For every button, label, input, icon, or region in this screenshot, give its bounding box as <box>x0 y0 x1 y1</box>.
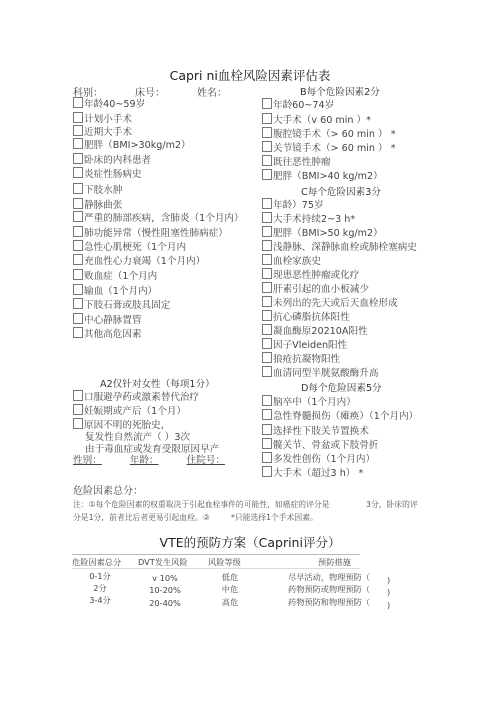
total-score-label: 危险因素总分： <box>73 482 143 497</box>
risk-item-checkbox[interactable]: 肥胖（BMI>50 kg/m2） <box>262 226 383 240</box>
checkbox-icon[interactable] <box>262 366 272 377</box>
section-c-heading: C每个危险因素3分 <box>301 184 381 198</box>
risk-item-checkbox[interactable]: 急性脊髓损伤（瘫痪）（1个月内） <box>262 409 418 423</box>
risk-item-checkbox[interactable]: 口服避孕药或激素替代治疗 <box>73 390 199 404</box>
risk-item-checkbox[interactable]: 其他高危因素 <box>73 327 142 341</box>
risk-item-checkbox[interactable]: 卧床的内科患者 <box>73 153 151 167</box>
cell-level: 中危 <box>205 584 255 595</box>
form-title: Capri ni血栓风险因素评估表 <box>0 66 500 84</box>
risk-item-checkbox[interactable]: 肥胖（BMI>30kg/m2） <box>73 138 191 152</box>
name-label: 姓名： <box>197 84 227 99</box>
checkbox-icon[interactable] <box>73 211 83 222</box>
checkbox-icon[interactable] <box>73 226 83 237</box>
risk-item-checkbox[interactable]: 大手术持续2~3 h* <box>262 212 355 226</box>
risk-item-checkbox[interactable]: 凝血酶原20210A阳性 <box>262 324 368 338</box>
cell-measure: 药物预防或物理预防（ <box>288 584 370 595</box>
cell-dvt-risk: 20-40% <box>135 598 195 608</box>
risk-item-checkbox[interactable]: 血清同型半胱氨酸酶升高 <box>262 366 379 380</box>
risk-item-checkbox[interactable]: 下肢水肿 <box>73 183 122 197</box>
risk-item-checkbox[interactable]: 血栓家族史 <box>262 254 321 268</box>
section-b-heading: B每个危险因素2分 <box>300 84 380 98</box>
checkbox-icon[interactable] <box>262 310 272 321</box>
risk-item-checkbox[interactable]: 充血性心力衰竭（1个月内） <box>73 254 205 268</box>
checkbox-icon[interactable] <box>73 327 83 338</box>
risk-item-checkbox[interactable]: 狼疮抗凝物阳性 <box>262 352 340 366</box>
sex-label: 性别： <box>73 455 102 466</box>
risk-item-checkbox[interactable]: 现患恶性肿瘤或化疗 <box>262 268 359 282</box>
risk-item-checkbox[interactable]: 肝素引起的血小板减少 <box>262 282 369 296</box>
checkbox-icon[interactable] <box>73 167 83 178</box>
checkbox-icon[interactable] <box>73 112 83 123</box>
checkbox-icon[interactable] <box>73 284 83 295</box>
note-line-1: 注：①每个危险因素的权重取决于引起血栓事件的可能性，如癌症的评分是 <box>73 499 330 510</box>
cell-level: 低危 <box>205 572 255 583</box>
checkbox-icon[interactable] <box>73 97 83 108</box>
risk-item-checkbox[interactable]: 计划小手术 <box>73 112 132 126</box>
risk-item-checkbox[interactable]: 肥胖（BMI>40 kg/m2） <box>262 169 383 183</box>
risk-item-checkbox[interactable]: 年龄40~59岁 <box>73 97 145 111</box>
checkbox-icon[interactable] <box>262 254 272 265</box>
checkbox-icon[interactable] <box>262 226 272 237</box>
risk-item-checkbox[interactable]: 关节镜手术（> 60 min ） * <box>262 141 396 155</box>
checkbox-icon[interactable] <box>73 254 83 265</box>
risk-item-checkbox[interactable]: 下肢石膏或肢具固定 <box>73 298 170 312</box>
checkbox-icon[interactable] <box>73 125 83 136</box>
checkbox-icon[interactable] <box>262 268 272 279</box>
checkbox-icon[interactable] <box>262 127 272 138</box>
risk-item-checkbox[interactable]: 败血症（1个月内 <box>73 269 157 283</box>
admission-no-label: 住院号： <box>187 455 225 466</box>
risk-item-checkbox[interactable]: 妊娠期或产后（1个月） <box>73 404 186 418</box>
risk-item-checkbox[interactable]: 急性心肌梗死（1个月内 <box>73 240 186 254</box>
age-label: 年龄： <box>130 455 159 466</box>
note-line-2: 分是1分，前者比后者更易引起血栓。② <box>73 512 210 523</box>
risk-item-checkbox[interactable]: 大手术（v 60 min ）* <box>262 113 371 127</box>
cell-measure: 药物预防和物理预防（ <box>288 597 370 608</box>
note-line-1b: 3分，卧床的评 <box>366 499 418 510</box>
risk-item-checkbox[interactable]: 髋关节、骨盆或下肢骨折 <box>262 438 379 452</box>
checkbox-icon[interactable] <box>73 313 83 324</box>
checkbox-icon[interactable] <box>262 212 272 223</box>
checkbox-icon[interactable] <box>262 240 272 251</box>
checkbox-icon[interactable] <box>262 395 272 406</box>
risk-item-checkbox[interactable]: 原因不明的死胎史， <box>73 418 170 432</box>
risk-item-checkbox[interactable]: 腹腔镜手术（> 60 min ） * <box>262 127 396 141</box>
cell-paren: ) <box>387 600 390 610</box>
col-header-score: 危险因素总分 <box>72 557 121 568</box>
checkbox-icon[interactable] <box>262 113 272 124</box>
risk-item-checkbox[interactable]: 输血（1个月内） <box>73 284 157 298</box>
risk-item-checkbox[interactable]: 因子Vleiden阳性 <box>262 338 347 352</box>
checkbox-icon[interactable] <box>73 418 83 429</box>
checkbox-icon[interactable] <box>262 424 272 435</box>
checkbox-icon[interactable] <box>262 338 272 349</box>
checkbox-icon[interactable] <box>262 352 272 363</box>
cell-level: 高危 <box>205 597 255 608</box>
checkbox-icon[interactable] <box>262 296 272 307</box>
checkbox-icon[interactable] <box>262 452 272 463</box>
col-header-measure: 预防措施 <box>318 557 351 568</box>
risk-item-checkbox[interactable]: 既往恶性肿瘤 <box>262 155 331 169</box>
risk-item-checkbox[interactable]: 未列出的先天或后天血栓形成 <box>262 296 398 310</box>
checkbox-icon[interactable] <box>262 141 272 152</box>
risk-item-checkbox[interactable]: 抗心磷脂抗体阳性 <box>262 310 350 324</box>
checkbox-icon[interactable] <box>262 198 272 209</box>
checkbox-icon[interactable] <box>73 138 83 149</box>
cell-paren: ) <box>387 575 390 585</box>
col-header-level: 风险等级 <box>208 557 241 568</box>
risk-item-checkbox[interactable]: 大手术（超过3 h） * <box>262 466 363 480</box>
cell-score: 0-1分 <box>72 571 128 582</box>
checkbox-icon[interactable] <box>73 404 83 415</box>
risk-item-checkbox[interactable]: 炎症性肠病史 <box>73 167 142 181</box>
cell-paren: ) <box>387 587 390 597</box>
cell-score: 3-4分 <box>72 595 128 606</box>
risk-item-checkbox[interactable]: 脑卒中（1个月内） <box>262 395 356 409</box>
note-line-2b: *只能选择1个手术因素。 <box>231 512 318 523</box>
checkbox-icon[interactable] <box>262 466 272 477</box>
col-header-dvt-risk: DVT发生风险 <box>138 557 188 568</box>
vte-table-title: VTE的预防方案（Caprini评分） <box>0 533 500 551</box>
risk-item-checkbox[interactable]: 年龄60~74岁 <box>262 98 334 112</box>
checkbox-icon[interactable] <box>262 282 272 293</box>
checkbox-icon[interactable] <box>73 240 83 251</box>
cell-score: 2分 <box>72 583 128 594</box>
risk-item-checkbox[interactable]: 严重的肺部疾病，含肺炎（1个月内） <box>73 211 244 225</box>
checkbox-icon[interactable] <box>262 98 272 109</box>
checkbox-icon[interactable] <box>73 390 83 401</box>
checkbox-icon[interactable] <box>262 155 272 166</box>
section-a2-heading: A2仅针对女性（每项1分） <box>100 376 215 390</box>
risk-item-checkbox[interactable]: 浅静脉、深静脉血栓或肺栓塞病史 <box>262 240 417 254</box>
checkbox-icon[interactable] <box>262 169 272 180</box>
checkbox-icon[interactable] <box>262 409 272 420</box>
cell-dvt-risk: v 10% <box>135 573 195 583</box>
checkbox-icon[interactable] <box>73 198 83 209</box>
risk-item-checkbox[interactable]: 静脉曲张 <box>73 198 122 212</box>
checkbox-icon[interactable] <box>73 183 83 194</box>
checkbox-icon[interactable] <box>73 269 83 280</box>
risk-item-checkbox[interactable]: 选择性下肢关节置换术 <box>262 424 369 438</box>
risk-item-checkbox[interactable]: 年龄）75岁 <box>262 198 324 212</box>
cell-dvt-risk: 10-20% <box>135 585 195 595</box>
table-top-rule <box>72 554 360 555</box>
risk-item-checkbox[interactable]: 多发性创伤（1个月内） <box>262 452 375 466</box>
cell-measure: 尽早活动，物理预防（ <box>288 572 370 583</box>
section-d-heading: D每个危险因素5分 <box>301 380 382 394</box>
patient-footer-line: 性别：年龄：住院号： <box>73 454 225 467</box>
checkbox-icon[interactable] <box>73 298 83 309</box>
checkbox-icon[interactable] <box>73 153 83 164</box>
risk-item-checkbox[interactable]: 中心静脉置管 <box>73 313 142 327</box>
checkbox-icon[interactable] <box>262 324 272 335</box>
header-rule <box>72 568 360 569</box>
checkbox-icon[interactable] <box>262 438 272 449</box>
risk-item-checkbox[interactable]: 近期大手术 <box>73 125 132 139</box>
risk-item-checkbox[interactable]: 肺功能异常（慢性阻塞性肺病症） <box>73 226 228 240</box>
